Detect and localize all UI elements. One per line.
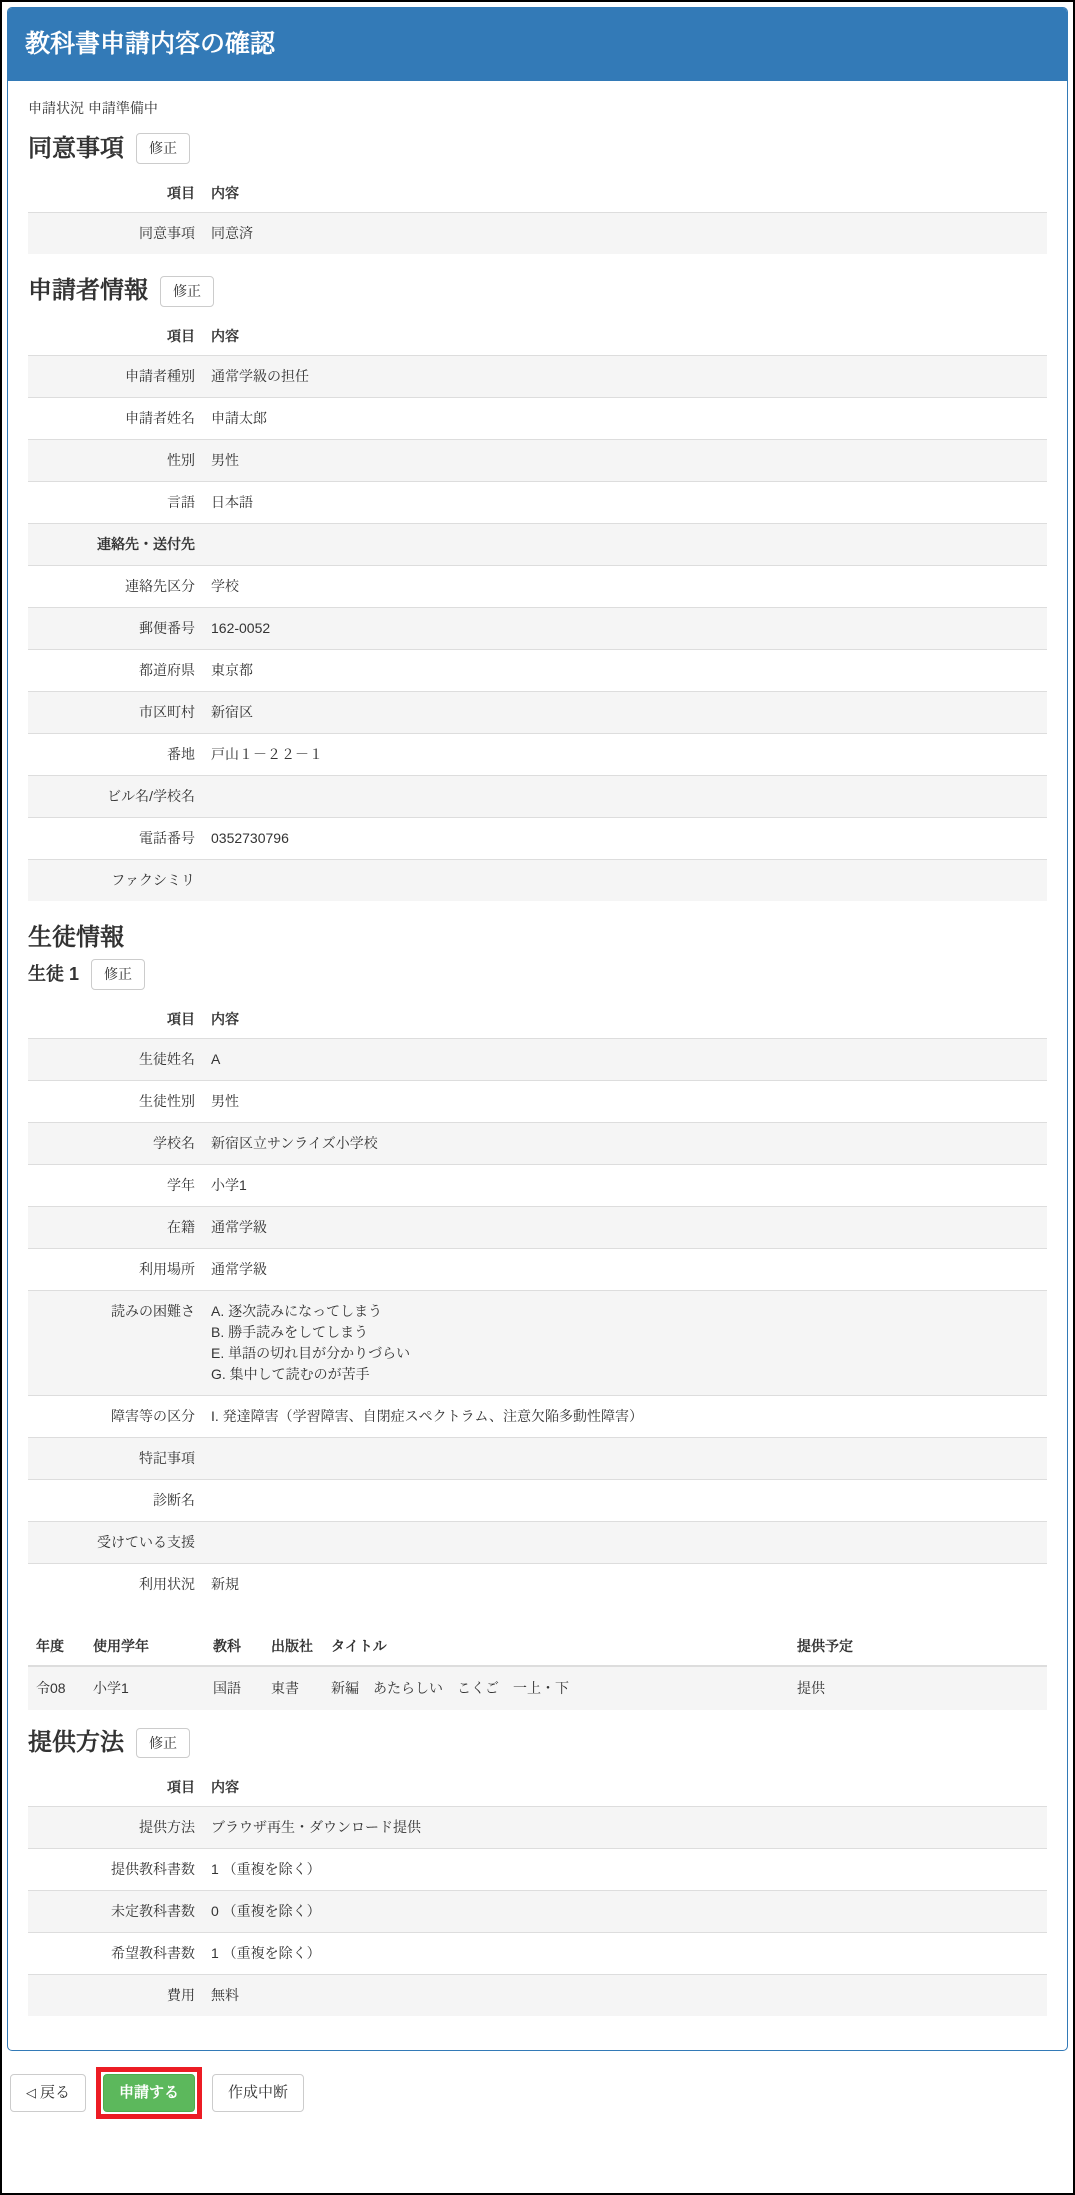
column-header-item: 項目 — [28, 1000, 203, 1039]
row-label: 市区町村 — [28, 691, 203, 733]
table-row: 生徒姓名A — [28, 1038, 1047, 1080]
row-value-line: A. 逐次読みになってしまう — [211, 1301, 1039, 1322]
abort-button[interactable]: 作成中断 — [212, 2074, 304, 2112]
column-header-item: 項目 — [28, 174, 203, 213]
table-header-row: 項目 内容 — [28, 174, 1047, 213]
table-row: 診断名 — [28, 1479, 1047, 1521]
confirmation-panel: 教科書申請内容の確認 申請状況 申請準備中 同意事項 修正 項目 内容 同意事項… — [7, 7, 1068, 2051]
textbook-cell: 東書 — [263, 1666, 323, 1710]
row-value: 新宿区立サンライズ小学校 — [203, 1122, 1047, 1164]
row-label: ファクシミリ — [28, 859, 203, 901]
section-heading-applicant-label: 申請者情報 — [28, 276, 148, 306]
row-label: 学年 — [28, 1164, 203, 1206]
agreement-table: 項目 内容 同意事項同意済 — [28, 174, 1047, 254]
table-row: 性別男性 — [28, 439, 1047, 481]
row-value — [203, 859, 1047, 901]
column-header-item: 項目 — [28, 317, 203, 356]
textbook-column-header: 使用学年 — [85, 1627, 205, 1666]
row-value: I. 発達障害（学習障害、自閉症スペクトラム、注意欠陥多動性障害） — [203, 1395, 1047, 1437]
row-value: 日本語 — [203, 481, 1047, 523]
row-value: A — [203, 1038, 1047, 1080]
column-header-content: 内容 — [203, 1768, 1047, 1807]
table-row: 都道府県東京都 — [28, 649, 1047, 691]
back-button-label: 戻る — [40, 2084, 70, 2101]
table-row: 電話番号0352730796 — [28, 817, 1047, 859]
row-value — [203, 1437, 1047, 1479]
row-value: 戸山１－２２－１ — [203, 733, 1047, 775]
section-heading-agreement: 同意事項 修正 — [28, 133, 1047, 164]
table-row: 希望教科書数1 （重複を除く） — [28, 1933, 1047, 1975]
column-header-content: 内容 — [203, 317, 1047, 356]
row-value: 0352730796 — [203, 817, 1047, 859]
row-value: 同意済 — [203, 213, 1047, 255]
row-label: 利用場所 — [28, 1248, 203, 1290]
row-label: 番地 — [28, 733, 203, 775]
panel-body: 申請状況 申請準備中 同意事項 修正 項目 内容 同意事項同意済 申請者情報 — [8, 81, 1067, 2050]
textbook-column-header: タイトル — [323, 1627, 789, 1666]
section-heading-students-label: 生徒情報 — [28, 923, 124, 953]
section-heading-agreement-label: 同意事項 — [28, 134, 124, 164]
table-row: 生徒性別男性 — [28, 1080, 1047, 1122]
section-heading-provision-label: 提供方法 — [28, 1728, 124, 1758]
textbook-cell: 新編 あたらしい こくご 一上・下 — [323, 1666, 789, 1710]
row-value-line: G. 集中して読むのが苦手 — [211, 1364, 1039, 1385]
table-row: ビル名/学校名 — [28, 775, 1047, 817]
table-row: 提供教科書数1 （重複を除く） — [28, 1849, 1047, 1891]
row-value: 無料 — [203, 1975, 1047, 2017]
textbook-cell: 国語 — [205, 1666, 263, 1710]
row-value: ブラウザ再生・ダウンロード提供 — [203, 1807, 1047, 1849]
table-header-row: 項目 内容 — [28, 1000, 1047, 1039]
column-header-item: 項目 — [28, 1768, 203, 1807]
row-label: 障害等の区分 — [28, 1395, 203, 1437]
row-value — [203, 1521, 1047, 1563]
section-heading-applicant: 申請者情報 修正 — [28, 276, 1047, 307]
textbook-column-header: 年度 — [28, 1627, 85, 1666]
row-value: 通常学級 — [203, 1248, 1047, 1290]
table-row: 利用状況新規 — [28, 1563, 1047, 1605]
textbook-row: 令08小学1国語東書新編 あたらしい こくご 一上・下提供 — [28, 1666, 1047, 1710]
table-row: 提供方法ブラウザ再生・ダウンロード提供 — [28, 1807, 1047, 1849]
table-row: 連絡先区分学校 — [28, 565, 1047, 607]
row-value: 男性 — [203, 1080, 1047, 1122]
row-value: 申請太郎 — [203, 397, 1047, 439]
row-value: 小学1 — [203, 1164, 1047, 1206]
table-row: 費用無料 — [28, 1975, 1047, 2017]
row-value-line: B. 勝手読みをしてしまう — [211, 1322, 1039, 1343]
application-status: 申請状況 申請準備中 — [28, 98, 1047, 119]
table-row: 特記事項 — [28, 1437, 1047, 1479]
table-row: 障害等の区分I. 発達障害（学習障害、自閉症スペクトラム、注意欠陥多動性障害） — [28, 1395, 1047, 1437]
table-row: 申請者姓名申請太郎 — [28, 397, 1047, 439]
column-header-content: 内容 — [203, 1000, 1047, 1039]
table-row: 在籍通常学級 — [28, 1206, 1047, 1248]
row-label: 同意事項 — [28, 213, 203, 255]
row-value: A. 逐次読みになってしまうB. 勝手読みをしてしまうE. 単語の切れ目が分かり… — [203, 1290, 1047, 1395]
textbook-cell: 提供 — [789, 1666, 1047, 1710]
table-row: 市区町村新宿区 — [28, 691, 1047, 733]
row-label: 特記事項 — [28, 1437, 203, 1479]
edit-agreement-button[interactable]: 修正 — [136, 133, 190, 164]
student1-heading: 生徒 1 修正 — [28, 959, 1047, 990]
row-value — [203, 523, 1047, 565]
table-row: 未定教科書数0 （重複を除く） — [28, 1891, 1047, 1933]
row-value: 東京都 — [203, 649, 1047, 691]
row-label: 費用 — [28, 1975, 203, 2017]
row-value: 学校 — [203, 565, 1047, 607]
row-label: 希望教科書数 — [28, 1933, 203, 1975]
textbook-cell: 令08 — [28, 1666, 85, 1710]
table-row: ファクシミリ — [28, 859, 1047, 901]
row-value: 1 （重複を除く） — [203, 1933, 1047, 1975]
row-label: 未定教科書数 — [28, 1891, 203, 1933]
section-heading-students: 生徒情報 — [28, 923, 1047, 953]
row-label: 郵便番号 — [28, 607, 203, 649]
screenshot-frame: 教科書申請内容の確認 申請状況 申請準備中 同意事項 修正 項目 内容 同意事項… — [0, 0, 1075, 2195]
textbook-cell: 小学1 — [85, 1666, 205, 1710]
row-value: 新規 — [203, 1563, 1047, 1605]
table-subheader-row: 連絡先・送付先 — [28, 523, 1047, 565]
row-label: 学校名 — [28, 1122, 203, 1164]
row-label: 言語 — [28, 481, 203, 523]
row-value: 新宿区 — [203, 691, 1047, 733]
table-row: 学校名新宿区立サンライズ小学校 — [28, 1122, 1047, 1164]
table-row: 申請者種別通常学級の担任 — [28, 355, 1047, 397]
row-label: 性別 — [28, 439, 203, 481]
row-value — [203, 775, 1047, 817]
student1-table: 項目 内容 生徒姓名A生徒性別男性学校名新宿区立サンライズ小学校学年小学1在籍通… — [28, 1000, 1047, 1605]
row-value: 0 （重複を除く） — [203, 1891, 1047, 1933]
table-row: 利用場所通常学級 — [28, 1248, 1047, 1290]
back-arrow-icon: ◁ — [26, 2085, 36, 2100]
row-value — [203, 1479, 1047, 1521]
row-label: ビル名/学校名 — [28, 775, 203, 817]
textbook-header-row: 年度使用学年教科出版社タイトル提供予定 — [28, 1627, 1047, 1666]
row-label: 連絡先区分 — [28, 565, 203, 607]
table-row: 読みの困難さA. 逐次読みになってしまうB. 勝手読みをしてしまうE. 単語の切… — [28, 1290, 1047, 1395]
back-button[interactable]: ◁戻る — [10, 2074, 86, 2112]
row-label: 生徒姓名 — [28, 1038, 203, 1080]
edit-student1-button[interactable]: 修正 — [91, 959, 145, 990]
status-value: 申請準備中 — [88, 100, 158, 116]
submit-button[interactable]: 申請する — [103, 2074, 195, 2112]
row-value: 通常学級の担任 — [203, 355, 1047, 397]
row-label: 利用状況 — [28, 1563, 203, 1605]
table-row: 受けている支援 — [28, 1521, 1047, 1563]
submit-highlight-annotation: 申請する — [96, 2067, 202, 2119]
table-header-row: 項目 内容 — [28, 1768, 1047, 1807]
provision-table: 項目 内容 提供方法ブラウザ再生・ダウンロード提供提供教科書数1 （重複を除く）… — [28, 1768, 1047, 2016]
page-title: 教科書申請内容の確認 — [8, 8, 1067, 81]
section-heading-provision: 提供方法 修正 — [28, 1728, 1047, 1759]
row-label: 生徒性別 — [28, 1080, 203, 1122]
textbook-table: 年度使用学年教科出版社タイトル提供予定 令08小学1国語東書新編 あたらしい こ… — [28, 1627, 1047, 1710]
applicant-table: 項目 内容 申請者種別通常学級の担任申請者姓名申請太郎性別男性言語日本語連絡先・… — [28, 317, 1047, 901]
status-label: 申請状況 — [28, 100, 84, 116]
table-row: 同意事項同意済 — [28, 213, 1047, 255]
textbook-column-header: 出版社 — [263, 1627, 323, 1666]
textbook-column-header: 教科 — [205, 1627, 263, 1666]
table-header-row: 項目 内容 — [28, 317, 1047, 356]
student1-heading-label: 生徒 1 — [28, 963, 79, 986]
footer-action-bar: ◁戻る 申請する 作成中断 — [7, 2067, 1068, 2119]
row-label: 申請者姓名 — [28, 397, 203, 439]
row-label: 電話番号 — [28, 817, 203, 859]
row-label: 都道府県 — [28, 649, 203, 691]
row-label: 在籍 — [28, 1206, 203, 1248]
table-row: 番地戸山１－２２－１ — [28, 733, 1047, 775]
row-value: 男性 — [203, 439, 1047, 481]
row-label: 診断名 — [28, 1479, 203, 1521]
row-value: 1 （重複を除く） — [203, 1849, 1047, 1891]
row-label: 提供方法 — [28, 1807, 203, 1849]
row-value: 通常学級 — [203, 1206, 1047, 1248]
table-row: 郵便番号162-0052 — [28, 607, 1047, 649]
row-label: 読みの困難さ — [28, 1290, 203, 1395]
row-label: 提供教科書数 — [28, 1849, 203, 1891]
row-value: 162-0052 — [203, 607, 1047, 649]
table-row: 学年小学1 — [28, 1164, 1047, 1206]
textbook-column-header: 提供予定 — [789, 1627, 1047, 1666]
table-row: 言語日本語 — [28, 481, 1047, 523]
row-label: 受けている支援 — [28, 1521, 203, 1563]
row-label: 連絡先・送付先 — [28, 523, 203, 565]
row-value-line: E. 単語の切れ目が分かりづらい — [211, 1343, 1039, 1364]
edit-applicant-button[interactable]: 修正 — [160, 276, 214, 307]
column-header-content: 内容 — [203, 174, 1047, 213]
edit-provision-button[interactable]: 修正 — [136, 1728, 190, 1759]
row-label: 申請者種別 — [28, 355, 203, 397]
